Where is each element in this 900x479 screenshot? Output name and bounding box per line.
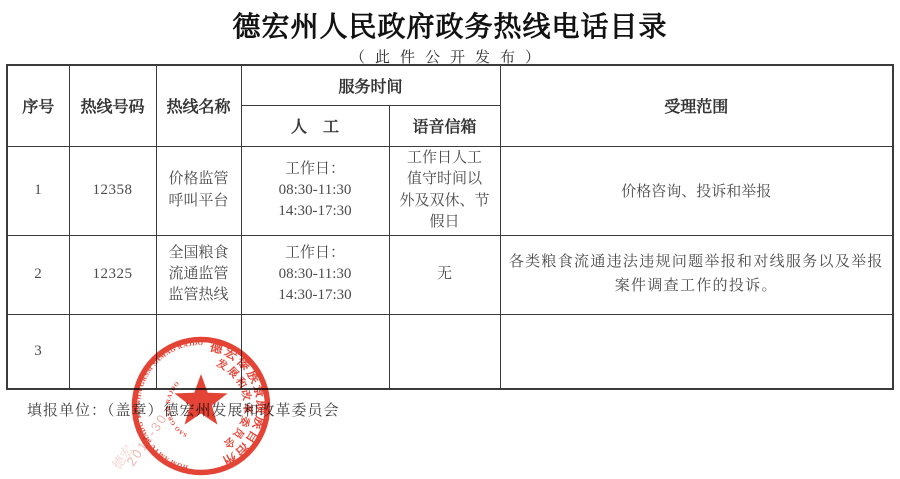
- table-row-1: 1 12358 价格监管 呼叫平台 工作日： 08:30-11:30 14:30…: [7, 146, 893, 235]
- table-row-2: 2 12325 全国粮食 流通监管 监管热线 工作日： 08:30-11:30 …: [7, 235, 893, 314]
- header-scope: 受理范围: [500, 65, 893, 146]
- cell-number-1: 12358: [69, 146, 156, 235]
- cell-voicemail-2: 无: [389, 235, 500, 314]
- cell-manual-2: 工作日： 08:30-11:30 14:30-17:30: [241, 235, 389, 314]
- seal-dai-text-inner: SAO GRSM RAJDO: [166, 381, 189, 438]
- cell-number-2: 12325: [69, 235, 156, 314]
- cell-name-2: 全国粮食 流通监管 监管热线: [156, 235, 241, 314]
- header-service-time: 服务时间: [241, 65, 500, 105]
- header-hotline-name: 热线名称: [156, 65, 241, 146]
- seal-text-outer: 德宏傣族景颇族自治州: [208, 339, 269, 470]
- header-seq: 序号: [7, 65, 69, 146]
- cell-voicemail-1: 工作日人工 值守时间以 外及双休、节 假日: [389, 146, 500, 235]
- cell-scope-1: 价格咨询、投诉和举报: [500, 146, 893, 235]
- cell-seq-1: 1: [7, 146, 69, 235]
- cell-seq-2: 2: [7, 235, 69, 314]
- cell-manual-1: 工作日： 08:30-11:30 14:30-17:30: [241, 146, 389, 235]
- header-hotline-number: 热线号码: [69, 65, 156, 146]
- cell-scope-2: 各类粮食流通违法违规问题举报和对线服务以及举报案件调查工作的投诉。: [500, 235, 893, 314]
- header-manual: 人 工: [241, 105, 389, 146]
- seal-group: 德宏傣族景颇族自治州 发展和改革委员会 HOM AMYU MADG YINGHA…: [135, 339, 270, 473]
- star-icon: [174, 374, 227, 425]
- official-seal: 德宏傣族景颇族自治州 发展和改革委员会 HOM AMYU MADG YINGHA…: [121, 326, 281, 479]
- cell-name-1: 价格监管 呼叫平台: [156, 146, 241, 235]
- cell-scope-3: [500, 314, 893, 389]
- cell-seq-3: 3: [7, 314, 69, 389]
- header-voicemail: 语音信箱: [389, 105, 500, 146]
- cell-voicemail-3: [389, 314, 500, 389]
- page-title: 德宏州人民政府政务热线电话目录: [0, 5, 900, 45]
